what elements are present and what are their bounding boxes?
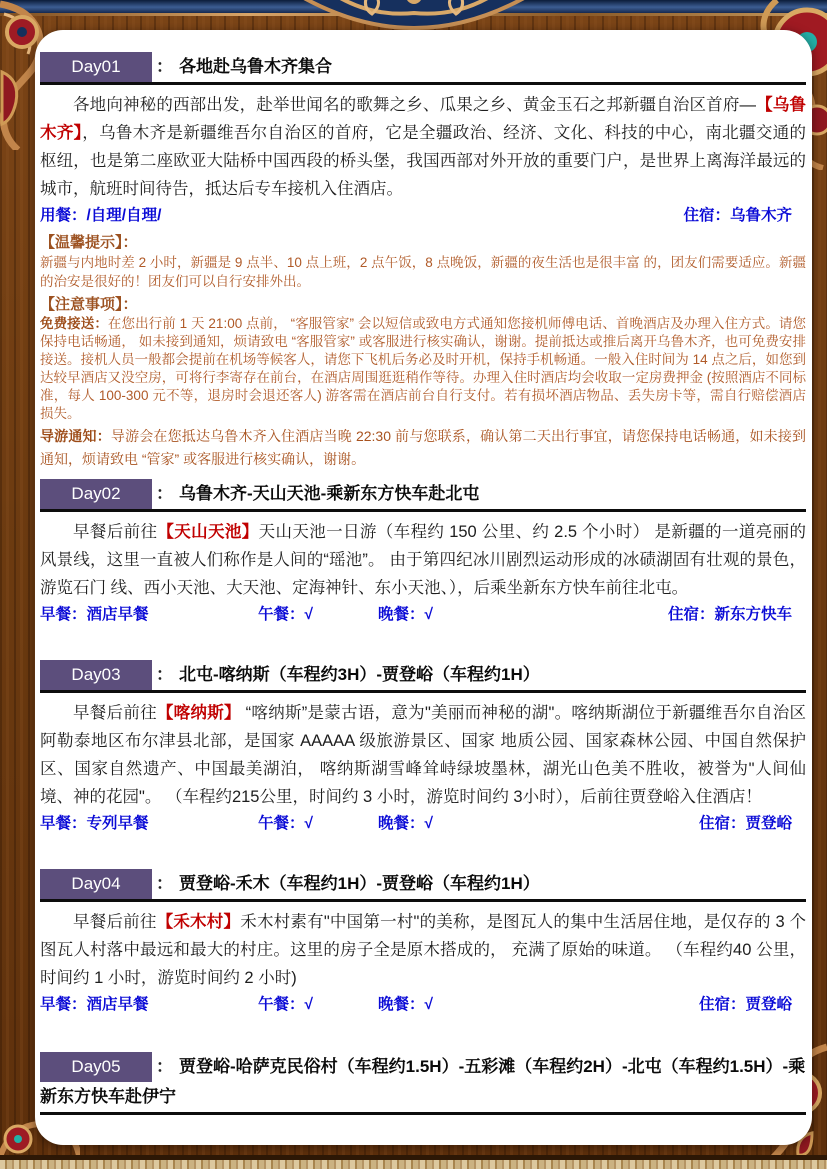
lunch-label: 午餐：√ <box>258 994 378 1016</box>
day-description: 早餐后前往【天山天池】天山天池一日游（车程约 150 公里、约 2.5 个小时）… <box>40 518 806 602</box>
itinerary-page: { "ui": { "header_colon": "：", "accent_p… <box>0 0 827 1169</box>
day-header-colon: ： <box>156 57 173 76</box>
stay-label: 住宿：贾登峪 <box>699 994 806 1016</box>
stay-label: 住宿：乌鲁木齐 <box>683 205 806 227</box>
stay-label: 住宿：贾登峪 <box>699 813 806 835</box>
day-header-colon: ： <box>156 1057 173 1076</box>
dinner-label: 晚餐：√ <box>378 813 433 835</box>
lunch-label: 午餐：√ <box>258 604 378 626</box>
day-description: 各地向神秘的西部出发，赴举世闻名的歌舞之乡、瓜果之乡、黄金玉石之邦新疆自治区首府… <box>40 91 806 203</box>
day-description: 早餐后前往【喀纳斯】 “喀纳斯”是蒙古语，意为"美丽而神秘的湖"。喀纳斯湖位于新… <box>40 699 806 811</box>
highlight-destination: 【禾木村】 <box>157 913 241 931</box>
guide-notice-body: 导游会在您抵达乌鲁木齐入住酒店当晚 22:30 前与您联系，确认第二天出行事宜，… <box>40 428 806 467</box>
day-section-05: Day05：贾登峪-哈萨克民俗村（车程约1.5H）-五彩滩（车程约2H）-北屯（… <box>40 1052 806 1115</box>
description-text: 早餐后前往 <box>73 523 157 541</box>
lunch-label: 午餐：√ <box>258 813 378 835</box>
highlight-destination: 【喀纳斯】 <box>157 704 241 722</box>
day-header-colon: ： <box>156 484 173 503</box>
guide-notice-label: 导游通知： <box>40 428 111 444</box>
meals-row: 早餐：专列早餐 午餐：√ 晚餐：√ 住宿：贾登峪 <box>40 813 806 835</box>
day-description: 早餐后前往【禾木村】禾木村素有"中国第一村"的美称，是图瓦人的集中生活居住地，是… <box>40 908 806 992</box>
day-section-03: Day03：北屯-喀纳斯（车程约3H）-贾登峪（车程约1H） 早餐后前往【喀纳斯… <box>40 660 806 835</box>
day-section-04: Day04：贾登峪-禾木（车程约1H）-贾登峪（车程约1H） 早餐后前往【禾木村… <box>40 869 806 1016</box>
day-badge: Day05 <box>40 1052 152 1082</box>
guide-notice-text: 导游通知：导游会在您抵达乌鲁木齐入住酒店当晚 22:30 前与您联系，确认第二天… <box>40 425 806 471</box>
day-header: Day04：贾登峪-禾木（车程约1H）-贾登峪（车程约1H） <box>40 869 806 902</box>
day-section-01: Day01：各地赴乌鲁木齐集合 各地向神秘的西部出发，赴举世闻名的歌舞之乡、瓜果… <box>40 52 806 227</box>
notes-header: 【注意事项】： <box>40 295 806 315</box>
notices-block: 【温馨提示】： 新疆与内地时差 2 小时，新疆是 9 点半、10 点上班，2 点… <box>40 233 806 471</box>
day-badge: Day02 <box>40 479 152 509</box>
meals-row: 早餐：酒店早餐 午餐：√ 晚餐：√ 住宿：新东方快车 <box>40 604 806 626</box>
day-title: 乌鲁木齐-天山天池-乘新东方快车赴北屯 <box>179 484 479 503</box>
description-text: 早餐后前往 <box>73 704 157 722</box>
day-section-02: Day02：乌鲁木齐-天山天池-乘新东方快车赴北屯 早餐后前往【天山天池】天山天… <box>40 479 806 626</box>
breakfast-label: 早餐：专列早餐 <box>40 813 258 835</box>
day-badge: Day04 <box>40 869 152 899</box>
breakfast-label: 早餐：酒店早餐 <box>40 604 258 626</box>
description-text: 早餐后前往 <box>73 913 157 931</box>
day-header-colon: ： <box>156 665 173 684</box>
day-header-colon: ： <box>156 874 173 893</box>
warm-tips-header: 【温馨提示】： <box>40 233 806 253</box>
day-title: 各地赴乌鲁木齐集合 <box>179 57 332 76</box>
breakfast-label: 早餐：酒店早餐 <box>40 994 258 1016</box>
day-badge: Day01 <box>40 52 152 82</box>
day-header: Day05：贾登峪-哈萨克民俗村（车程约1.5H）-五彩滩（车程约2H）-北屯（… <box>40 1052 806 1115</box>
description-text: 各地向神秘的西部出发，赴举世闻名的歌舞之乡、瓜果之乡、黄金玉石之邦新疆自治区首府… <box>73 96 756 114</box>
day-header: Day01：各地赴乌鲁木齐集合 <box>40 52 806 85</box>
meals-row: 早餐：酒店早餐 午餐：√ 晚餐：√ 住宿：贾登峪 <box>40 994 806 1016</box>
highlight-destination: 【天山天池】 <box>157 523 258 541</box>
day-title: 北屯-喀纳斯（车程约3H）-贾登峪（车程约1H） <box>179 665 540 684</box>
day-header: Day03：北屯-喀纳斯（车程约3H）-贾登峪（车程约1H） <box>40 660 806 693</box>
dinner-label: 晚餐：√ <box>378 994 433 1016</box>
stay-label: 住宿：新东方快车 <box>668 604 806 626</box>
dinner-label: 晚餐：√ <box>378 604 433 626</box>
day-badge: Day03 <box>40 660 152 690</box>
description-text: ，乌鲁木齐是新疆维吾尔自治区的首府，它是全疆政治、经济、文化、科技的中心，南北疆… <box>40 124 806 198</box>
meals-row: 用餐：/自理/自理/ 住宿：乌鲁木齐 <box>40 205 806 227</box>
meals-label: 用餐：/自理/自理/ <box>40 205 161 227</box>
bottom-mosaic-strip <box>0 1155 827 1169</box>
free-pickup-body: 在您出行前 1 天 21:00 点前， “客服管家” 会以短信或致电方式通知您接… <box>40 316 806 421</box>
top-medallion-ornament-icon <box>264 0 564 30</box>
day-header: Day02：乌鲁木齐-天山天池-乘新东方快车赴北屯 <box>40 479 806 512</box>
free-pickup-text: 免费接送：在您出行前 1 天 21:00 点前， “客服管家” 会以短信或致电方… <box>40 315 806 423</box>
free-pickup-label: 免费接送： <box>40 316 108 331</box>
day-title: 贾登峪-哈萨克民俗村（车程约1.5H）-五彩滩（车程约2H）-北屯（车程约1.5… <box>40 1057 805 1106</box>
content-panel: Day01：各地赴乌鲁木齐集合 各地向神秘的西部出发，赴举世闻名的歌舞之乡、瓜果… <box>35 30 812 1145</box>
warm-tips-text: 新疆与内地时差 2 小时，新疆是 9 点半、10 点上班，2 点午饭，8 点晚饭… <box>40 253 806 291</box>
day-title: 贾登峪-禾木（车程约1H）-贾登峪（车程约1H） <box>179 874 540 893</box>
